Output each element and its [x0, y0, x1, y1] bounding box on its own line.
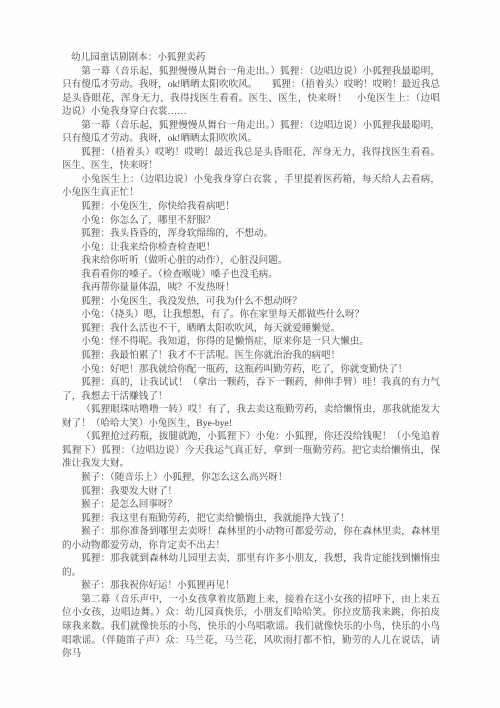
script-paragraph: 我来给你听听（做听心脏的动作），心脏没问题。	[62, 254, 440, 268]
script-paragraph: 我看看你的嗓子。（检查喉咙）嗓子也没毛病。	[62, 268, 440, 282]
script-paragraph: 狐狸：真的，让我试试！（拿出一颗药，吞下一颗药，伸伸手臂）哇！我真的有力气了，我…	[62, 376, 440, 403]
script-paragraph: （狐狸眼珠咕噜噜一转）哎！有了，我去卖这瓶勤劳药，卖给懒惰虫，那我就能发大财了！…	[62, 403, 440, 430]
script-paragraph: 狐狸：（捂着头）哎哟！哎哟！最近我总是头昏眼花，浑身无力，我得找医生看看。医生、…	[62, 146, 440, 173]
script-paragraph: 我再帮你量量体温，咦？不发热呀！	[62, 281, 440, 295]
script-paragraph: 小兔：让我来给你检查检查吧！	[62, 241, 440, 255]
script-paragraph: 第一幕（音乐起，狐狸慢慢从舞台一角走出。）狐狸：（边唱边说）小狐狸我最聪明，只有…	[62, 65, 440, 119]
script-paragraph: 狐狸：我要发大财了！	[62, 485, 440, 499]
script-body: 第一幕（音乐起，狐狸慢慢从舞台一角走出。）狐狸：（边唱边说）小狐狸我最聪明，只有…	[62, 65, 440, 661]
script-paragraph: 小兔：怪不得呢。我知道，你得的是懒惰症，原来你是一只大懒虫。	[62, 335, 440, 349]
script-paragraph: 狐狸：我头昏昏的，浑身软绵绵的，不想动。	[62, 227, 440, 241]
script-paragraph: 狐狸：小兔医生，我没发热，可我为什么不想动呀？	[62, 295, 440, 309]
script-paragraph: 小兔医生上：（边唱边说）小兔我身穿白衣裳 ，手里提着医药箱，每天给人去看病，小兔…	[62, 173, 440, 200]
document-title: 幼儿园童话剧剧本：小狐狸卖药	[71, 51, 440, 65]
script-paragraph: （狐狸抢过药瓶，拔腿就跑，小狐狸下）小兔：小狐狸，你还没给钱呢！（小兔追着狐狸下…	[62, 430, 440, 471]
script-paragraph: 第二幕（音乐声中，一小女孩拿着皮筋跑上来，接着在这小女孩的招呼下，由上来五位小女…	[62, 593, 440, 661]
script-paragraph: 小兔：你怎么了，哪里不舒服？	[62, 214, 440, 228]
script-paragraph: 猴子：那我祝你好运！小狐狸再见！	[62, 579, 440, 593]
script-paragraph: 狐狸：我这里有瓶勤劳药，把它卖给懒惰虫，我就能挣大钱了！	[62, 512, 440, 526]
script-paragraph: 狐狸：那我就到森林幼儿园里去卖，那里有许多小朋友，我想，我肯定能找到懒惰虫的。	[62, 552, 440, 579]
script-paragraph: 小兔：（挠头）嗯，让我想想，有了。你在家里每天都做些什么呀？	[62, 308, 440, 322]
script-paragraph: 第一幕（音乐起，狐狸慢慢从舞台一角走出。）狐狸：（边唱边说）小狐狸我最聪明，只有…	[62, 119, 440, 146]
script-document: 幼儿园童话剧剧本：小狐狸卖药 第一幕（音乐起，狐狸慢慢从舞台一角走出。）狐狸：（…	[62, 51, 440, 661]
script-paragraph: 狐狸：小兔医生，你快给我看病吧！	[62, 200, 440, 214]
script-paragraph: 小兔：好吧！那我就给你配一瓶药，这瓶药叫勤劳药，吃了，你就变勤快了！	[62, 363, 440, 377]
script-paragraph: 猴子：那你准备到哪里去卖呀！森林里的小动物可都爱劳动，你在森林里卖，森林里的小动…	[62, 525, 440, 552]
script-paragraph: 狐狸：我什么活也不干，晒晒太阳吹吹风，每天就爱睡懒觉。	[62, 322, 440, 336]
script-paragraph: 猴子：（随音乐上）小狐狸，你怎么这么高兴呀！	[62, 471, 440, 485]
script-paragraph: 狐狸：我最怕累了！我才不干活呢。医生你就治治我的病吧！	[62, 349, 440, 363]
script-paragraph: 猴子：是怎么回事呀？	[62, 498, 440, 512]
